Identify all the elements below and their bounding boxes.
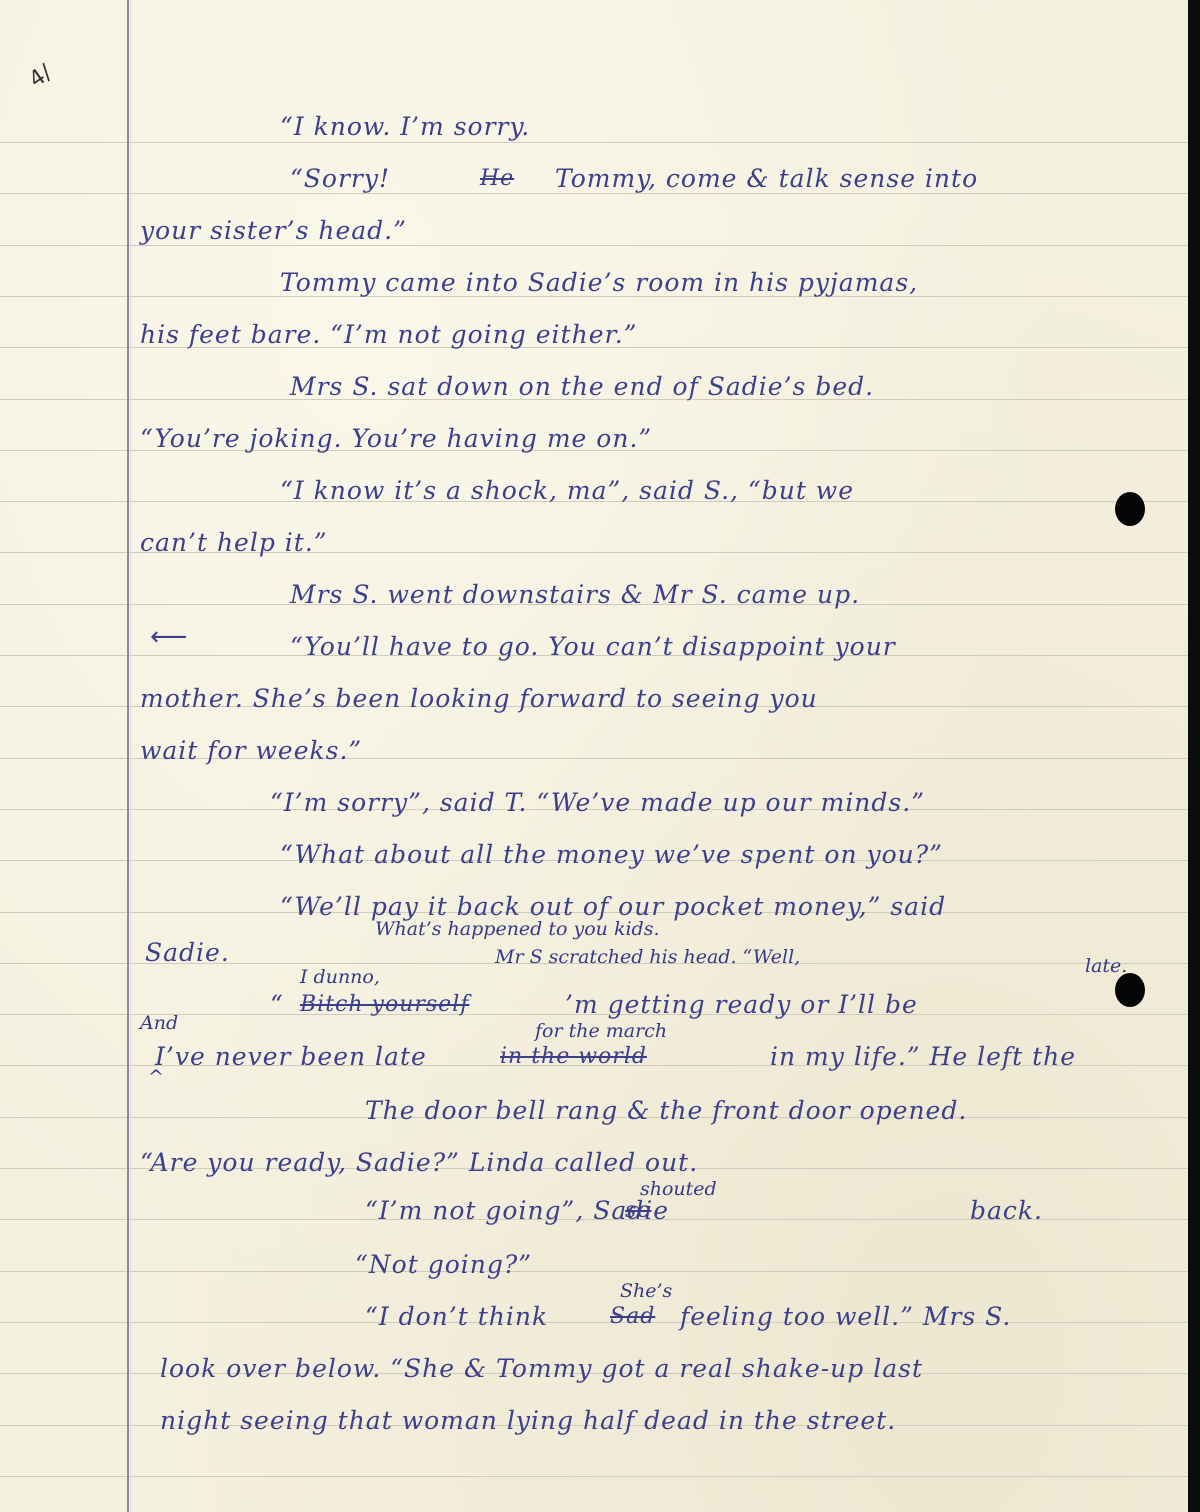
manuscript-line: “I don’t think bbox=[365, 1302, 548, 1331]
struck-out-text: Sad bbox=[610, 1304, 655, 1329]
manuscript-line: “We’ll pay it back out of our pocket mon… bbox=[280, 892, 946, 921]
punch-hole-upper bbox=[1115, 492, 1145, 526]
manuscript-line: back. bbox=[970, 1196, 1043, 1225]
manuscript-line: can’t help it.” bbox=[140, 528, 328, 557]
manuscript-line: “I’m sorry”, said T. “We’ve made up our … bbox=[270, 788, 925, 817]
inserted-text: I dunno, bbox=[300, 966, 380, 988]
inserted-text: shouted bbox=[640, 1178, 717, 1200]
ruled-line bbox=[0, 142, 1188, 143]
inserted-text: late. bbox=[1085, 955, 1127, 977]
margin-line-shadow bbox=[130, 0, 131, 1512]
manuscript-line: “I know it’s a shock, ma”, said S., “but… bbox=[280, 476, 854, 505]
manuscript-line: “ bbox=[270, 990, 284, 1019]
manuscript-line: The door bell rang & the front door open… bbox=[365, 1096, 967, 1125]
manuscript-line: Tommy, come & talk sense into bbox=[555, 164, 978, 193]
inserted-text: ^ bbox=[148, 1066, 164, 1088]
inserted-text: And bbox=[140, 1012, 178, 1034]
manuscript-line: Mrs S. sat down on the end of Sadie’s be… bbox=[290, 372, 874, 401]
manuscript-line: “Sorry! bbox=[290, 164, 390, 193]
margin-line bbox=[127, 0, 129, 1512]
manuscript-line: I’ve never been late bbox=[155, 1042, 427, 1071]
manuscript-line: Sadie. bbox=[145, 938, 230, 967]
struck-out-text: so bbox=[625, 1198, 652, 1223]
manuscript-line: feeling too well.” Mrs S. bbox=[680, 1302, 1011, 1331]
ruled-line bbox=[0, 1476, 1188, 1477]
manuscript-line: ’m getting ready or I’ll be bbox=[565, 990, 918, 1019]
manuscript-line: your sister’s head.” bbox=[140, 216, 407, 245]
left-arrow-icon: ⟵ bbox=[150, 622, 187, 652]
inserted-text: for the march bbox=[535, 1020, 667, 1042]
manuscript-line: mother. She’s been looking forward to se… bbox=[140, 684, 818, 713]
manuscript-line: “I’m not going”, Sadie bbox=[365, 1196, 669, 1225]
inserted-text: She’s bbox=[620, 1280, 672, 1302]
manuscript-line: “You’re joking. You’re having me on.” bbox=[140, 424, 652, 453]
manuscript-line: look over below. “She & Tommy got a real… bbox=[160, 1354, 923, 1383]
manuscript-line: night seeing that woman lying half dead … bbox=[160, 1406, 896, 1435]
manuscript-line: “What about all the money we’ve spent on… bbox=[280, 840, 943, 869]
ruled-line bbox=[0, 193, 1188, 194]
ruled-line bbox=[0, 245, 1188, 246]
manuscript-line: Tommy came into Sadie’s room in his pyja… bbox=[280, 268, 918, 297]
manuscript-line: his feet bare. “I’m not going either.” bbox=[140, 320, 637, 349]
manuscript-line: in my life.” He left the bbox=[770, 1042, 1076, 1071]
manuscript-line: “Are you ready, Sadie?” Linda called out… bbox=[140, 1148, 698, 1177]
manuscript-line: “Not going?” bbox=[355, 1250, 532, 1279]
punch-hole-lower bbox=[1115, 973, 1145, 1007]
struck-out-text: in the world bbox=[500, 1044, 647, 1069]
struck-out-text: Bitch yourself bbox=[300, 992, 469, 1017]
manuscript-line: Mrs S. went downstairs & Mr S. came up. bbox=[290, 580, 860, 609]
inserted-text: What’s happened to you kids. bbox=[375, 918, 659, 940]
manuscript-line: “You’ll have to go. You can’t disappoint… bbox=[290, 632, 896, 661]
struck-out-text: He bbox=[480, 166, 514, 191]
ruled-line bbox=[0, 1271, 1188, 1272]
scan-edge bbox=[1188, 0, 1200, 1512]
manuscript-line: wait for weeks.” bbox=[140, 736, 362, 765]
manuscript-line: “I know. I’m sorry. bbox=[280, 112, 530, 141]
inserted-text: Mr S scratched his head. “Well, bbox=[495, 946, 800, 968]
